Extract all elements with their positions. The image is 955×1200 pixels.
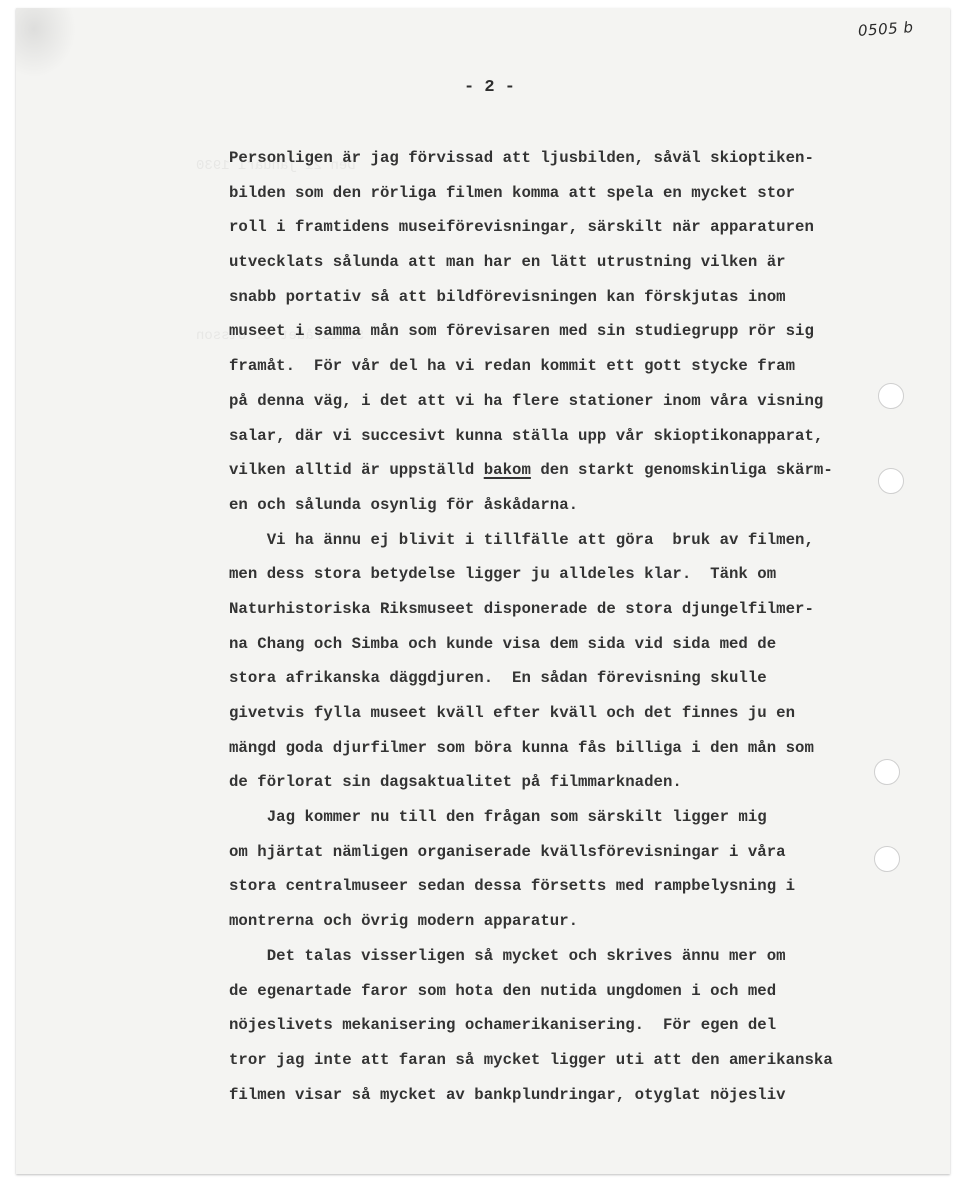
text-line: museet i samma mån som förevisaren med s… — [229, 314, 929, 349]
text-line: salar, där vi succesivt kunna ställa upp… — [229, 419, 929, 454]
text-line: Det talas visserligen så mycket och skri… — [229, 939, 929, 974]
text-line: roll i framtidens museiförevisningar, sä… — [229, 210, 929, 245]
text-segment: vilken alltid är uppställd — [229, 461, 484, 479]
underlined-word: bakom — [484, 461, 531, 479]
text-line: utvecklats sålunda att man har en lätt u… — [229, 245, 929, 280]
text-line: Vi ha ännu ej blivit i tillfälle att gör… — [229, 523, 929, 558]
text-line: de förlorat sin dagsaktualitet på filmma… — [229, 765, 929, 800]
text-line: om hjärtat nämligen organiserade kvällsf… — [229, 835, 929, 870]
text-line: Personligen är jag förvissad att ljusbil… — [229, 141, 929, 176]
text-line: tror jag inte att faran så mycket ligger… — [229, 1043, 929, 1078]
text-line: framåt. För vår del ha vi redan kommit e… — [229, 349, 929, 384]
document-page: Den 21 januari 1930 Statsrådet O. Olsson… — [16, 8, 950, 1174]
text-line: na Chang och Simba och kunde visa dem si… — [229, 627, 929, 662]
text-line: de egenartade faror som hota den nutida … — [229, 974, 929, 1009]
text-line: nöjeslivets mekanisering ochamerikaniser… — [229, 1008, 929, 1043]
text-line: Naturhistoriska Riksmuseet disponerade d… — [229, 592, 929, 627]
punch-hole — [878, 383, 904, 409]
text-line: filmen visar så mycket av bankplundringa… — [229, 1078, 929, 1113]
text-line: stora afrikanska däggdjuren. En sådan fö… — [229, 661, 929, 696]
text-line: men dess stora betydelse ligger ju allde… — [229, 557, 929, 592]
page-number: - 2 - — [464, 78, 515, 97]
text-segment: den starkt genomskinliga skärm- — [531, 461, 833, 479]
punch-hole — [878, 468, 904, 494]
punch-hole — [874, 846, 900, 872]
text-line: snabb portativ så att bildförevisningen … — [229, 280, 929, 315]
text-line: på denna väg, i det att vi ha flere stat… — [229, 384, 929, 419]
text-line: bilden som den rörliga filmen komma att … — [229, 176, 929, 211]
text-line-with-underline: vilken alltid är uppställd bakom den sta… — [229, 453, 929, 488]
text-line: en och sålunda osynlig för åskådarna. — [229, 488, 929, 523]
text-line: mängd goda djurfilmer som böra kunna fås… — [229, 731, 929, 766]
archive-number: 0505 b — [857, 18, 914, 40]
text-line: stora centralmuseer sedan dessa försetts… — [229, 869, 929, 904]
text-line: Jag kommer nu till den frågan som särski… — [229, 800, 929, 835]
text-line: givetvis fylla museet kväll efter kväll … — [229, 696, 929, 731]
text-line: montrerna och övrig modern apparatur. — [229, 904, 929, 939]
punch-hole — [874, 759, 900, 785]
letter-body: Personligen är jag förvissad att ljusbil… — [229, 141, 929, 1112]
